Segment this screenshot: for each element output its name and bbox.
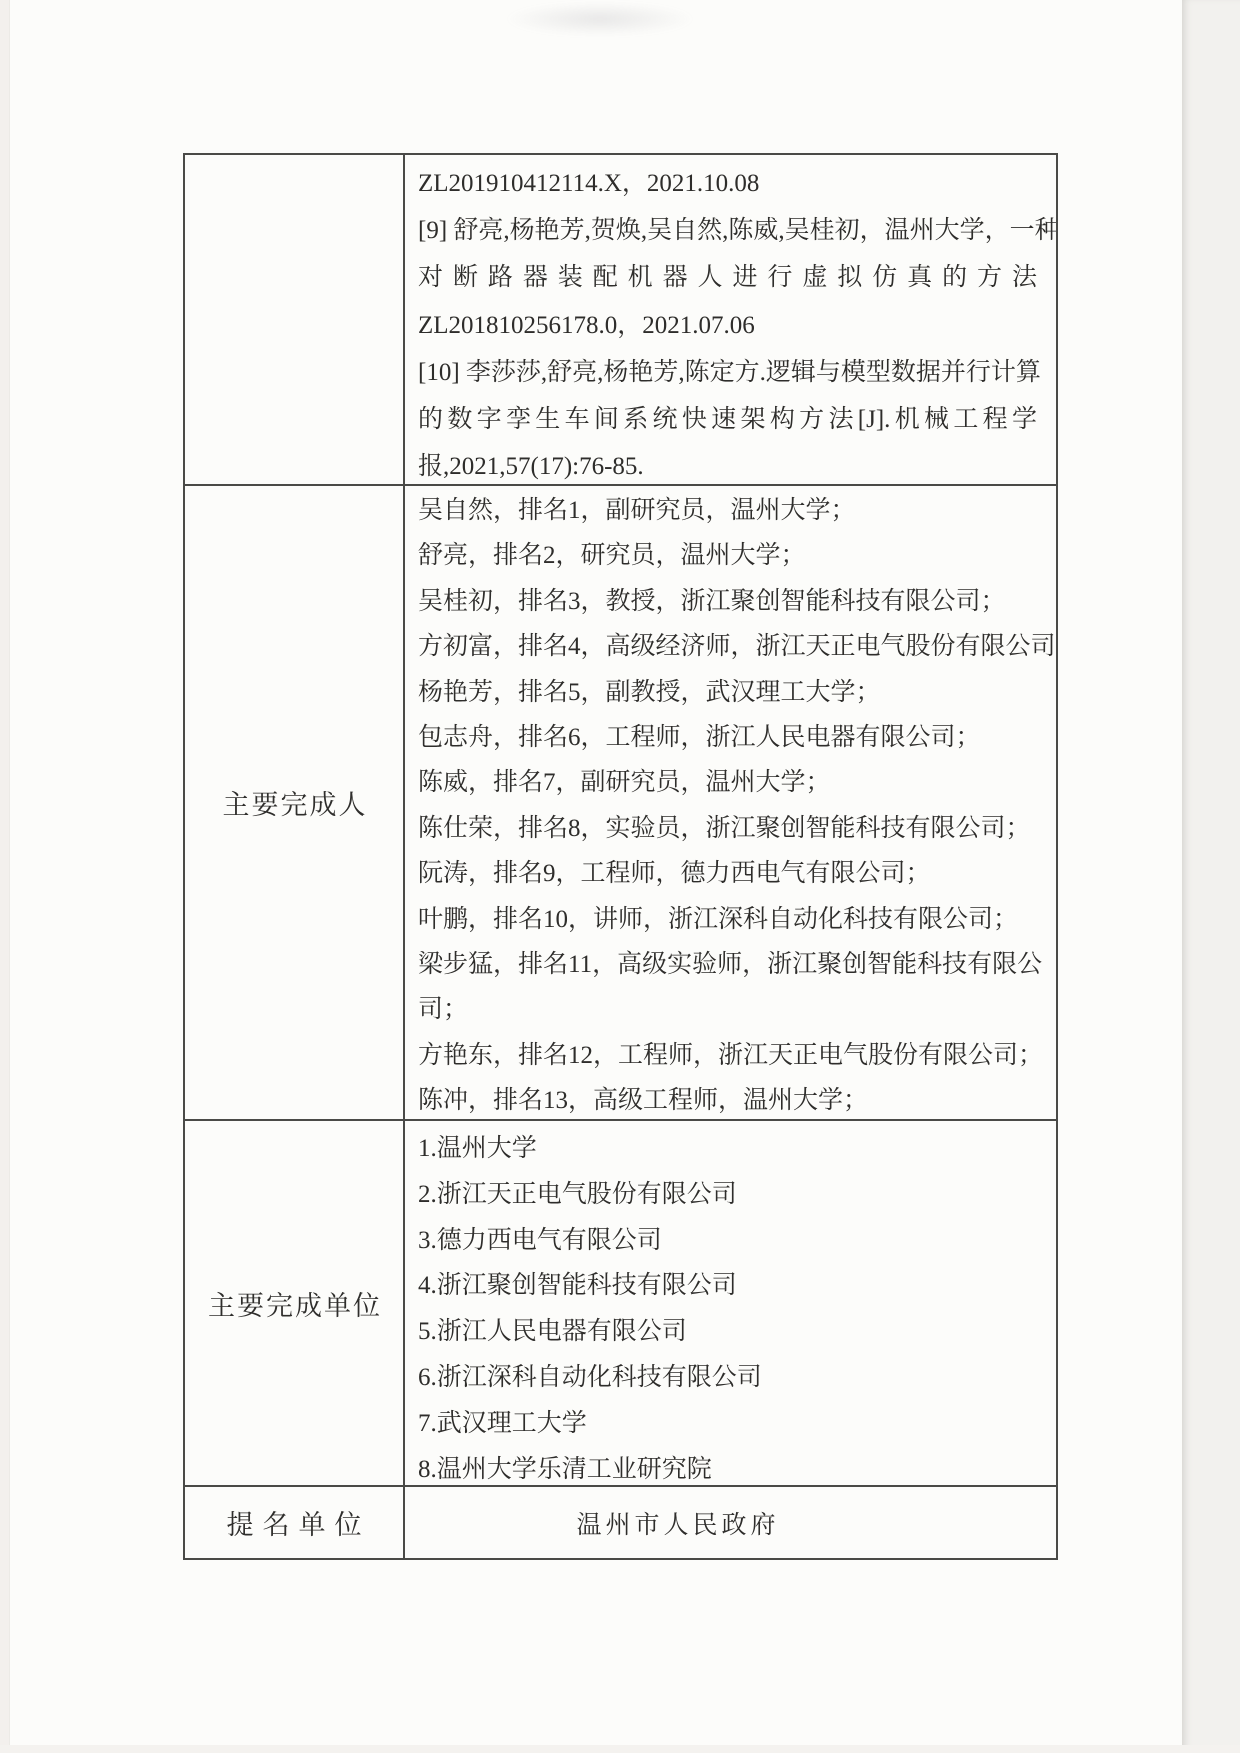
- scan-smudge: [505, 2, 695, 36]
- text-line: 7.武汉理工大学: [418, 1401, 1049, 1447]
- text-line: 陈冲，排名13，高级工程师，温州大学；: [418, 1078, 1049, 1119]
- text-line: 5.浙江人民电器有限公司: [418, 1309, 1049, 1355]
- scan-bottom-edge: [0, 1745, 1240, 1753]
- text-line: 陈威，排名7，副研究员，温州大学；: [418, 760, 1049, 805]
- main-contributors-cell: 吴自然，排名1，副研究员，温州大学；舒亮，排名2，研究员，温州大学；吴桂初，排名…: [405, 486, 1056, 1119]
- row-label-nominating-organization: 提名单位: [185, 1487, 405, 1558]
- row-label-main-contributors: 主要完成人: [185, 486, 405, 1119]
- main-organizations-cell: 1.温州大学2.浙江天正电气股份有限公司3.德力西电气有限公司4.浙江聚创智能科…: [405, 1121, 1056, 1485]
- text-line: 阮涛，排名9，工程师，德力西电气有限公司；: [418, 851, 1049, 896]
- document-page: ZL201910412114.X，2021.10.08[9] 舒亮,杨艳芳,贺焕…: [0, 0, 1240, 1753]
- text-line: 3.德力西电气有限公司: [418, 1218, 1049, 1264]
- text-line: 6.浙江深科自动化科技有限公司: [418, 1355, 1049, 1401]
- table-row-main-contributors: 主要完成人 吴自然，排名1，副研究员，温州大学；舒亮，排名2，研究员，温州大学；…: [185, 486, 1056, 1121]
- text-line: 司；: [418, 987, 1049, 1032]
- table-row-references: ZL201910412114.X，2021.10.08[9] 舒亮,杨艳芳,贺焕…: [185, 155, 1056, 486]
- scan-left-edge: [0, 0, 10, 1753]
- text-line: 包志舟，排名6，工程师，浙江人民电器有限公司；: [418, 715, 1049, 760]
- text-line: 4.浙江聚创智能科技有限公司: [418, 1263, 1049, 1309]
- text-line: 的数字孪生车间系统快速架构方法[J].机械工程学: [418, 396, 1049, 443]
- text-line: 陈仕荣，排名8，实验员，浙江聚创智能科技有限公司；: [418, 806, 1049, 851]
- text-line: 方艳东，排名12，工程师，浙江天正电气股份有限公司；: [418, 1033, 1049, 1078]
- text-line: 2.浙江天正电气股份有限公司: [418, 1172, 1049, 1218]
- text-line: 吴桂初，排名3，教授，浙江聚创智能科技有限公司；: [418, 579, 1049, 624]
- table-row-main-organizations: 主要完成单位 1.温州大学2.浙江天正电气股份有限公司3.德力西电气有限公司4.…: [185, 1121, 1056, 1487]
- text-line: 舒亮，排名2，研究员，温州大学；: [418, 533, 1049, 578]
- table-row-nominating-organization: 提名单位 温州市人民政府: [185, 1487, 1056, 1558]
- text-line: ZL201810256178.0，2021.07.06: [418, 302, 1049, 349]
- text-line: 梁步猛，排名11，高级实验师，浙江聚创智能科技有限公: [418, 942, 1049, 987]
- text-line: 温州市人民政府: [576, 1505, 779, 1541]
- text-line: 8.温州大学乐清工业研究院: [418, 1447, 1049, 1485]
- row-label-main-organizations: 主要完成单位: [185, 1121, 405, 1485]
- text-line: [9] 舒亮,杨艳芳,贺焕,吴自然,陈威,吴桂初，温州大学，一种: [418, 207, 1049, 254]
- nominating-organization-cell: 温州市人民政府: [405, 1487, 1056, 1558]
- text-line: 对断路器装配机器人进行虚拟仿真的方法: [418, 254, 1049, 301]
- text-line: 吴自然，排名1，副研究员，温州大学；: [418, 488, 1049, 533]
- text-line: 报,2021,57(17):76-85.: [418, 443, 1049, 484]
- text-line: 杨艳芳，排名5，副教授，武汉理工大学；: [418, 670, 1049, 715]
- text-line: [10] 李莎莎,舒亮,杨艳芳,陈定方.逻辑与模型数据并行计算: [418, 349, 1049, 396]
- row-label-references: [185, 155, 405, 484]
- text-line: ZL201910412114.X，2021.10.08: [418, 160, 1049, 207]
- text-line: 1.温州大学: [418, 1126, 1049, 1172]
- scan-right-edge: [1182, 0, 1240, 1753]
- references-cell: ZL201910412114.X，2021.10.08[9] 舒亮,杨艳芳,贺焕…: [405, 155, 1056, 484]
- nomination-table: ZL201910412114.X，2021.10.08[9] 舒亮,杨艳芳,贺焕…: [183, 153, 1058, 1560]
- text-line: 叶鹏，排名10，讲师，浙江深科自动化科技有限公司；: [418, 897, 1049, 942]
- text-line: 方初富，排名4，高级经济师，浙江天正电气股份有限公司；: [418, 624, 1049, 669]
